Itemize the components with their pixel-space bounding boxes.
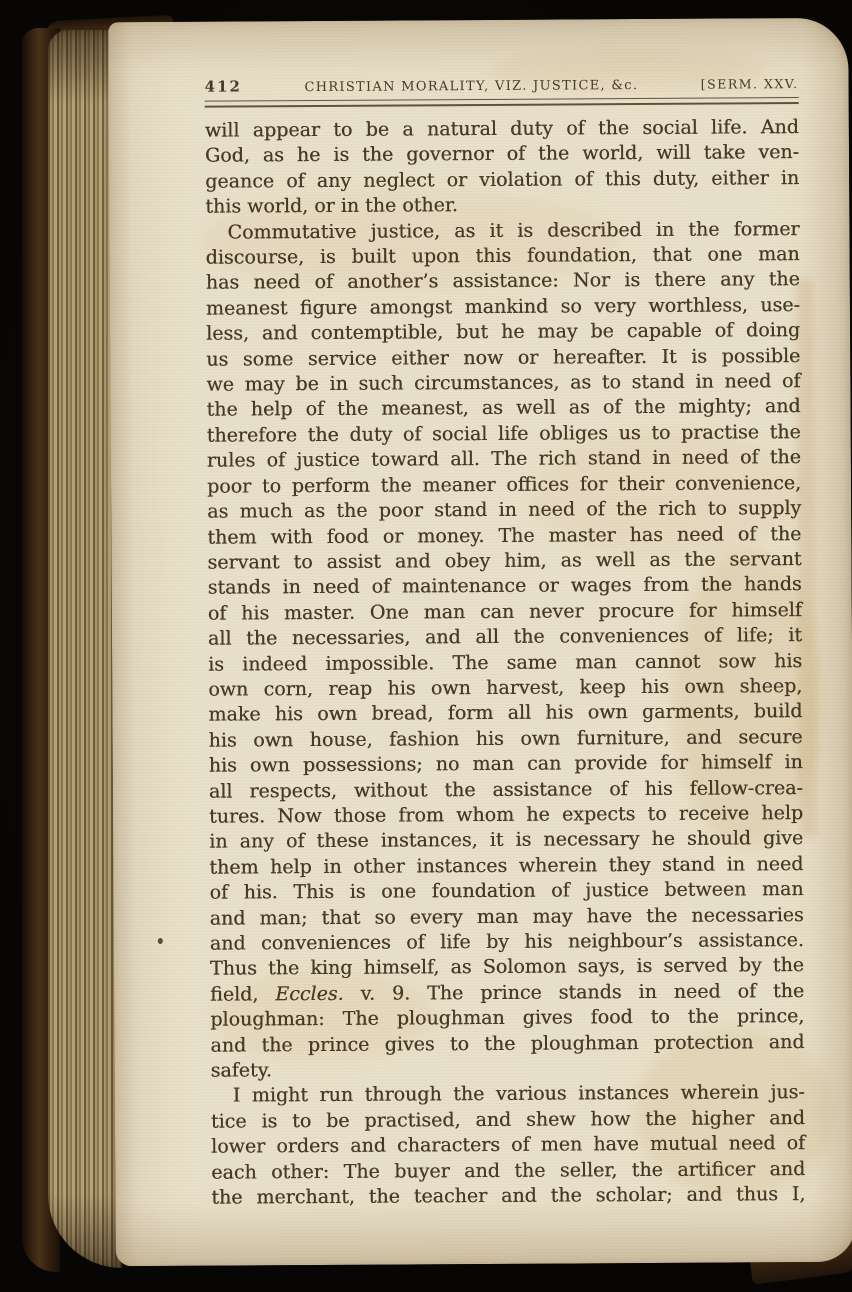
- text-line: servant to assist and obey him, as well …: [207, 547, 801, 576]
- text-line: make his own bread, form all his own gar…: [208, 699, 802, 728]
- text-line: in any of these instances, it is necessa…: [209, 826, 803, 855]
- text-line: this world, or in the other.: [205, 191, 799, 220]
- text-segment: field,: [210, 983, 275, 1005]
- text-segment: v. 9. The prince stands in need of the: [344, 980, 805, 1005]
- text-line: own corn, reap his own harvest, keep his…: [208, 674, 802, 703]
- text-line: them with food or money. The master has …: [207, 522, 801, 551]
- text-line: will appear to be a natural duty of the …: [205, 115, 799, 144]
- text-line: I might run through the various instance…: [211, 1080, 805, 1109]
- text-line: discourse, is built upon this foundation…: [206, 242, 800, 271]
- paragraph: Commutative justice, as it is described …: [205, 217, 804, 1084]
- header-double-rule: [205, 97, 799, 108]
- text-line: stands in need of maintenance or wages f…: [208, 572, 802, 601]
- text-line: and man; that so every man may have the …: [210, 903, 804, 932]
- italic-citation: Eccles.: [275, 983, 343, 1005]
- text-line: us some service either now or hereafter.…: [206, 344, 800, 373]
- paragraph: I might run through the various instance…: [211, 1080, 806, 1211]
- page-number: 412: [205, 77, 242, 95]
- text-line: and conveniences of life by his neighbou…: [210, 928, 804, 957]
- text-line: is indeed impossible. The same man canno…: [208, 649, 802, 678]
- text-line: rules of justice toward all. The rich st…: [207, 445, 801, 474]
- text-line: Commutative justice, as it is described …: [205, 217, 799, 246]
- text-line: each other: The buyer and the seller, th…: [211, 1157, 805, 1186]
- text-line: all the necessaries, and all the conveni…: [208, 623, 802, 652]
- text-line: them help in other instances wherein the…: [209, 852, 803, 881]
- text-line: meanest figure amongst mankind so very w…: [206, 293, 800, 322]
- sermon-reference: [SERM. XXV.: [701, 76, 799, 92]
- text-line: safety.: [211, 1055, 805, 1084]
- text-line: his own possessions; no man can provide …: [209, 750, 803, 779]
- book-photo: 412 CHRISTIAN MORALITY, VIZ. JUSTICE, &c…: [0, 0, 852, 1292]
- text-line: the merchant, the teacher and the schola…: [211, 1182, 805, 1211]
- text-line: of his. This is one foundation of justic…: [209, 877, 803, 906]
- text-line: his own house, fashion his own furniture…: [209, 725, 803, 754]
- body-text: will appear to be a natural duty of the …: [205, 115, 806, 1211]
- text-line: of his master. One man can never procure…: [208, 598, 802, 627]
- text-line: lower orders and characters of men have …: [211, 1131, 805, 1160]
- book-page: 412 CHRISTIAN MORALITY, VIZ. JUSTICE, &c…: [108, 18, 852, 1266]
- text-line: God, as he is the governor of the world,…: [205, 140, 799, 169]
- running-title: CHRISTIAN MORALITY, VIZ. JUSTICE, &c.: [304, 78, 638, 95]
- text-line: Thus the king himself, as Solomon says, …: [210, 953, 804, 982]
- text-line: we may be in such circumstances, as to s…: [206, 369, 800, 398]
- text-line: has need of another’s assistance: Nor is…: [206, 267, 800, 296]
- text-line: tures. Now those from whom he expects to…: [209, 801, 803, 830]
- text-line: tice is to be practised, and shew how th…: [211, 1106, 805, 1135]
- text-line: the help of the meanest, as well as of t…: [207, 395, 801, 424]
- text-line: therefore the duty of social life oblige…: [207, 420, 801, 449]
- text-line: field, Eccles. v. 9. The prince stands i…: [210, 979, 804, 1008]
- running-header: 412 CHRISTIAN MORALITY, VIZ. JUSTICE, &c…: [205, 74, 799, 96]
- text-line: geance of any neglect or violation of th…: [205, 166, 799, 195]
- text-line: ploughman: The ploughman gives food to t…: [210, 1004, 804, 1033]
- text-line: as much as the poor stand in need of the…: [207, 496, 801, 525]
- printed-content: 412 CHRISTIAN MORALITY, VIZ. JUSTICE, &c…: [205, 74, 806, 1211]
- ink-speck: [158, 938, 163, 944]
- text-line: all respects, without the assistance of …: [209, 776, 803, 805]
- text-line: less, and contemptible, but he may be ca…: [206, 318, 800, 347]
- paragraph: will appear to be a natural duty of the …: [205, 115, 800, 220]
- text-line: poor to perform the meaner offices for t…: [207, 471, 801, 500]
- text-line: and the prince gives to the ploughman pr…: [210, 1030, 804, 1059]
